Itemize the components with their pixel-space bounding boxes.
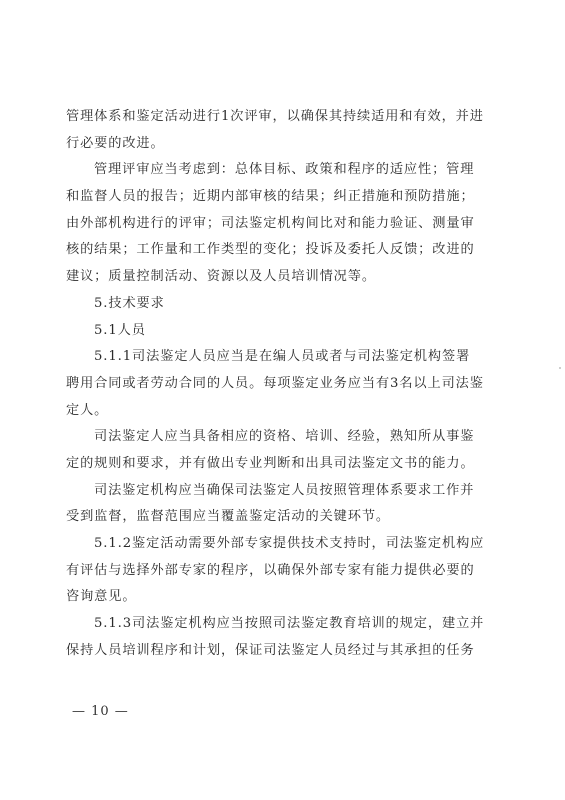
- text-line: 5.1.3司法鉴定机构应当按照司法鉴定教育培训的规定，建立并: [66, 611, 486, 638]
- text-line: 定的规则和要求，并有做出专业判断和出具司法鉴定文书的能力。: [66, 451, 486, 478]
- text-line: 5.1.2鉴定活动需要外部专家提供技术支持时，司法鉴定机构应: [66, 531, 486, 558]
- text-line: 受到监督，监督范围应当覆盖鉴定活动的关键环节。: [66, 504, 486, 531]
- section-heading: 5.技术要求: [66, 291, 486, 318]
- scan-speck: [559, 367, 561, 369]
- text-line: 司法鉴定机构应当确保司法鉴定人员按照管理体系要求工作并: [66, 478, 486, 505]
- page-number: — 10 —: [72, 703, 129, 721]
- text-line: 5.1.1司法鉴定人员应当是在编人员或者与司法鉴定机构签署: [66, 344, 486, 371]
- body-text: 管理体系和鉴定活动进行1次评审，以确保其持续适用和有效，并进 行必要的改进。 管…: [66, 104, 486, 664]
- subsection-heading: 5.1人员: [66, 318, 486, 345]
- text-line: 管理体系和鉴定活动进行1次评审，以确保其持续适用和有效，并进: [66, 104, 486, 131]
- text-line: 核的结果；工作量和工作类型的变化；投诉及委托人反馈；改进的: [66, 237, 486, 264]
- text-line: 建议；质量控制活动、资源以及人员培训情况等。: [66, 264, 486, 291]
- text-line: 和监督人员的报告；近期内部审核的结果；纠正措施和预防措施；: [66, 184, 486, 211]
- text-line: 由外部机构进行的评审；司法鉴定机构间比对和能力验证、测量审: [66, 211, 486, 238]
- text-line: 保持人员培训程序和计划，保证司法鉴定人员经过与其承担的任务: [66, 638, 486, 665]
- text-line: 管理评审应当考虑到：总体目标、政策和程序的适应性；管理: [66, 157, 486, 184]
- text-line: 司法鉴定人应当具备相应的资格、培训、经验，熟知所从事鉴: [66, 424, 486, 451]
- text-line: 有评估与选择外部专家的程序，以确保外部专家有能力提供必要的: [66, 558, 486, 585]
- text-line: 聘用合同或者劳动合同的人员。每项鉴定业务应当有3名以上司法鉴: [66, 371, 486, 398]
- text-line: 咨询意见。: [66, 584, 486, 611]
- document-page: 管理体系和鉴定活动进行1次评审，以确保其持续适用和有效，并进 行必要的改进。 管…: [0, 0, 565, 800]
- text-line: 行必要的改进。: [66, 131, 486, 158]
- text-line: 定人。: [66, 398, 486, 425]
